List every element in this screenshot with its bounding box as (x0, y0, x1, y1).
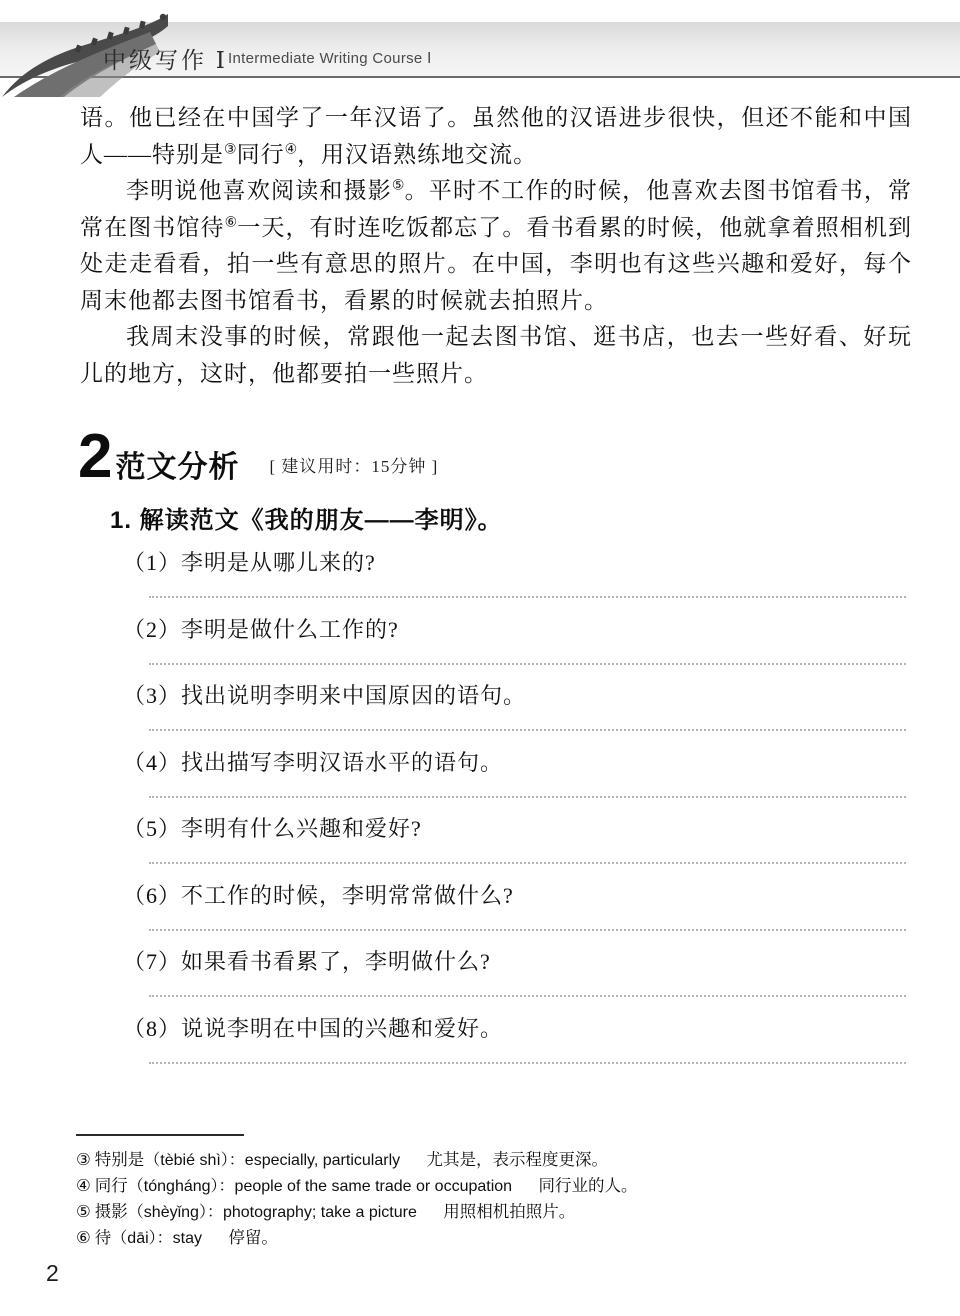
answer-line (149, 729, 906, 731)
footnote-reference: ⑤ (392, 178, 405, 193)
question-list: （1）李明是从哪儿来的?（2）李明是做什么工作的?（3）找出说明李明来中国原因的… (123, 548, 906, 1080)
question-item: （5）李明有什么兴趣和爱好? (123, 814, 906, 881)
question-text: （4）找出描写李明汉语水平的语句。 (123, 748, 906, 778)
question-text: （3）找出说明李明来中国原因的语句。 (123, 681, 906, 711)
footnote-reference: ③ (224, 142, 237, 157)
question-item: （3）找出说明李明来中国原因的语句。 (123, 681, 906, 748)
section-number: 2 (78, 426, 112, 488)
footnote-definition-zh: 停留。 (228, 1228, 278, 1247)
footnote-pinyin: （dāi）： (111, 1230, 172, 1247)
footnote-item: ⑤摄影（shèyǐng）：photography; take a picture… (76, 1199, 916, 1225)
footnote-definition-en: especially, particularly (245, 1152, 400, 1169)
question-text: （5）李明有什么兴趣和爱好? (123, 814, 906, 844)
question-text: （1）李明是从哪儿来的? (123, 548, 906, 578)
question-item: （1）李明是从哪儿来的? (123, 548, 906, 615)
answer-line (149, 862, 906, 864)
footnote-term: 同行 (95, 1176, 128, 1195)
page-number: 2 (46, 1260, 59, 1287)
answer-line (149, 995, 906, 997)
question-item: （2）李明是做什么工作的? (123, 615, 906, 682)
footnote-item: ③特别是（tèbié shì）：especially, particularly… (76, 1147, 916, 1173)
footnote-list: ③特别是（tèbié shì）：especially, particularly… (76, 1147, 916, 1251)
question-text: （8）说说李明在中国的兴趣和爱好。 (123, 1014, 906, 1044)
question-text: （7）如果看书看累了，李明做什么? (123, 947, 906, 977)
footnote-mark: ③ (76, 1150, 91, 1169)
footnote-pinyin: （tèbié shì）： (144, 1152, 245, 1169)
footnote-term: 待 (95, 1228, 112, 1247)
footnote-definition-zh: 同行业的人。 (538, 1176, 637, 1195)
textbook-page: 中级写作 Ⅰ Intermediate Writing Course Ⅰ 语。他… (0, 0, 960, 1316)
answer-line (149, 1062, 906, 1064)
footnote-reference: ⑥ (225, 215, 238, 230)
footnote-reference: ④ (285, 142, 298, 157)
exercise-instruction: 1. 解读范文《我的朋友——李明》。 (110, 500, 503, 535)
passage-paragraph: 李明说他喜欢阅读和摄影⑤。平时不工作的时候，他喜欢去图书馆看书，常常在图书馆待⑥… (80, 173, 912, 319)
footnote-definition-en: people of the same trade or occupation (235, 1178, 513, 1195)
passage-paragraph: 语。他已经在中国学了一年汉语了。虽然他的汉语进步很快，但还不能和中国人——特别是… (80, 100, 912, 173)
footnote-item: ④同行（tóngháng）：people of the same trade o… (76, 1173, 916, 1199)
footnote-definition-en: stay (173, 1230, 202, 1247)
section-title: 范文分析 (115, 451, 239, 485)
answer-line (149, 596, 906, 598)
footnote-definition-zh: 尤其是，表示程度更深。 (427, 1150, 609, 1169)
course-title-chinese: 中级写作 Ⅰ (103, 42, 228, 75)
answer-line (149, 929, 906, 931)
footnote-term: 摄影 (95, 1202, 128, 1221)
question-item: （8）说说李明在中国的兴趣和爱好。 (123, 1014, 906, 1081)
passage-paragraph: 我周末没事的时候，常跟他一起去图书馆、逛书店，也去一些好看、好玩儿的地方，这时，… (80, 319, 912, 392)
question-text: （2）李明是做什么工作的? (123, 615, 906, 645)
footnote-term: 特别是 (95, 1150, 145, 1169)
footnote-pinyin: （tóngháng）： (128, 1178, 235, 1195)
section-header: 2 范文分析 [ 建议用时：15分钟 ] (78, 426, 438, 488)
answer-line (149, 663, 906, 665)
suggested-time-label: [ 建议用时：15分钟 ] (269, 452, 438, 477)
question-item: （6）不工作的时候，李明常常做什么? (123, 881, 906, 948)
footnote-mark: ④ (76, 1176, 91, 1195)
footnote-mark: ⑥ (76, 1228, 91, 1247)
passage: 语。他已经在中国学了一年汉语了。虽然他的汉语进步很快，但还不能和中国人——特别是… (80, 100, 912, 392)
footnote-definition-zh: 用照相机拍照片。 (443, 1202, 575, 1221)
answer-line (149, 796, 906, 798)
footnote-pinyin: （shèyǐng）： (128, 1204, 223, 1221)
footnote-separator (76, 1134, 244, 1136)
footnote-mark: ⑤ (76, 1202, 91, 1221)
question-item: （7）如果看书看累了，李明做什么? (123, 947, 906, 1014)
question-item: （4）找出描写李明汉语水平的语句。 (123, 748, 906, 815)
footnote-item: ⑥待（dāi）：stay停留。 (76, 1225, 916, 1251)
question-text: （6）不工作的时候，李明常常做什么? (123, 881, 906, 911)
course-title-english: Intermediate Writing Course Ⅰ (228, 49, 432, 67)
footnote-definition-en: photography; take a picture (223, 1204, 417, 1221)
